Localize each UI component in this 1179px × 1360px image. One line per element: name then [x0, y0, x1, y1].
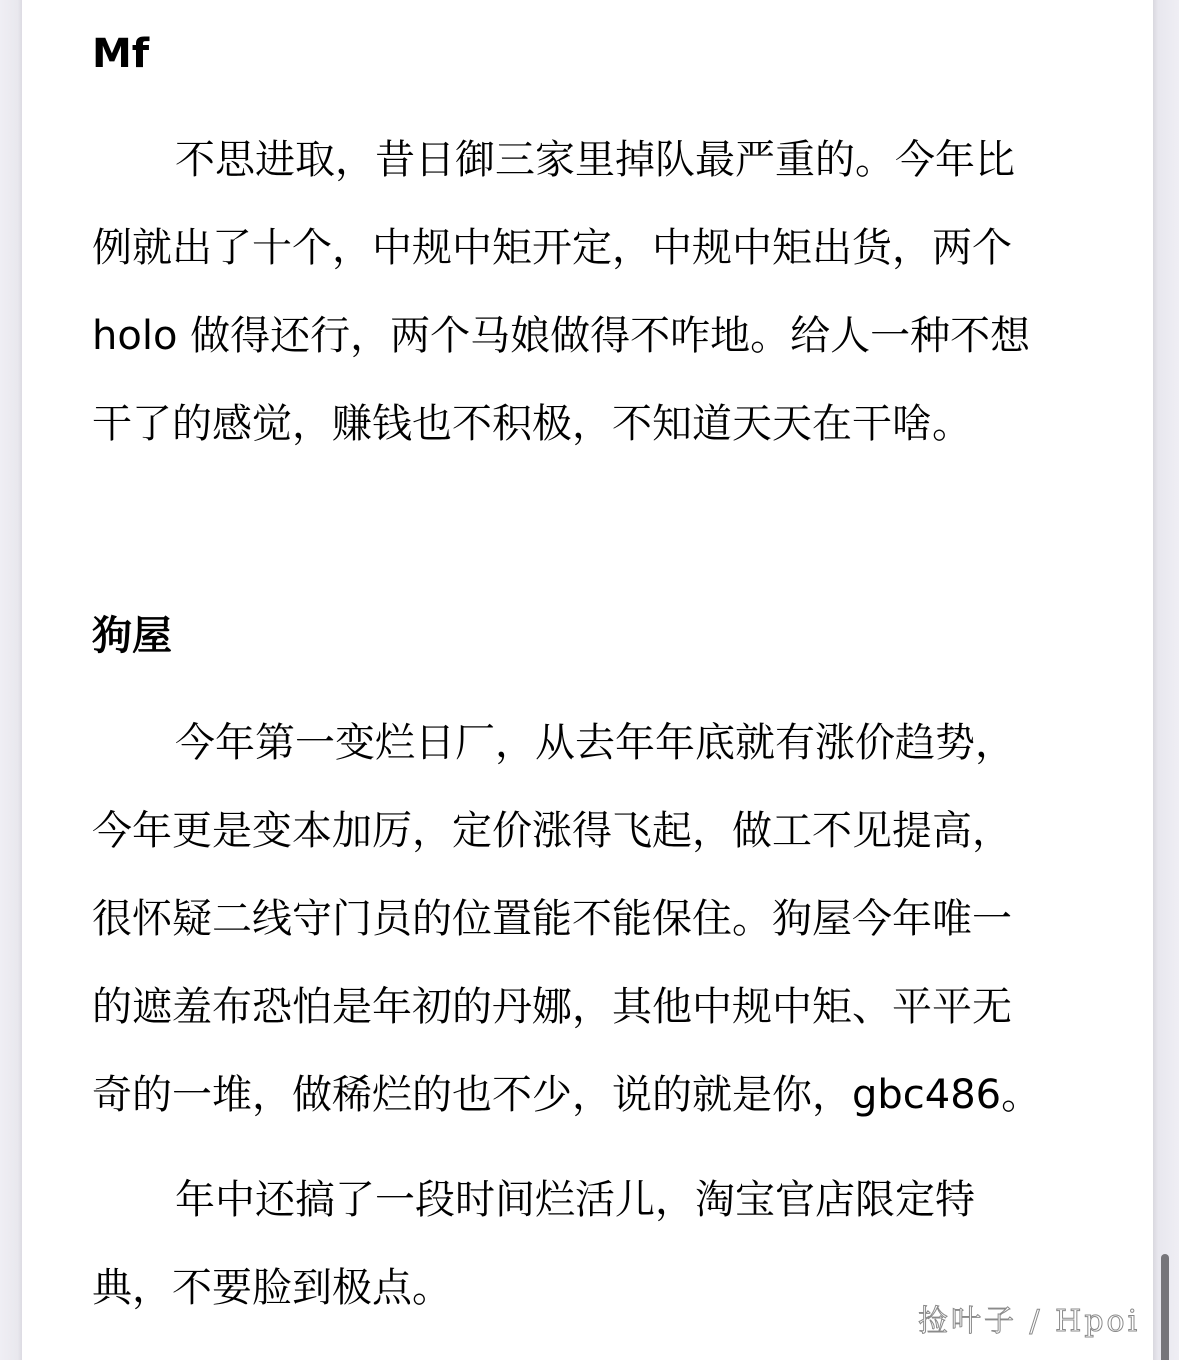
- paragraph-line: 不思进取，昔日御三家里掉队最严重的。今年比: [92, 116, 1082, 204]
- section-heading-mf: Mf: [92, 30, 149, 78]
- paragraph-line: 的遮羞布恐怕是年初的丹娜，其他中规中矩、平平无: [92, 963, 1082, 1051]
- paragraph-line: 例就出了十个，中规中矩开定，中规中矩出货，两个: [92, 204, 1082, 292]
- paragraph-line: 今年第一变烂日厂，从去年年底就有涨价趋势，: [92, 699, 1082, 787]
- paragraph-line: 奇的一堆，做稀烂的也不少，说的就是你，gbc486。: [92, 1051, 1082, 1139]
- document-page: Mf 不思进取，昔日御三家里掉队最严重的。今年比 例就出了十个，中规中矩开定，中…: [22, 0, 1153, 1360]
- right-margin: [1153, 0, 1179, 1360]
- watermark: 捡叶子 / Hpoi: [918, 1302, 1140, 1342]
- paragraph-mf-1: 不思进取，昔日御三家里掉队最严重的。今年比 例就出了十个，中规中矩开定，中规中矩…: [92, 116, 1082, 468]
- left-margin: [0, 0, 22, 1360]
- vertical-scrollbar-thumb[interactable]: [1161, 1254, 1169, 1360]
- paragraph-line: holo 做得还行，两个马娘做得不咋地。给人一种不想: [92, 292, 1082, 380]
- paragraph-line: 干了的感觉，赚钱也不积极，不知道天天在干啥。: [92, 380, 1082, 468]
- paragraph-line: 年中还搞了一段时间烂活儿，淘宝官店限定特: [92, 1156, 1082, 1244]
- paragraph-gouwu-1: 今年第一变烂日厂，从去年年底就有涨价趋势， 今年更是变本加厉，定价涨得飞起，做工…: [92, 699, 1082, 1139]
- paragraph-line: 今年更是变本加厉，定价涨得飞起，做工不见提高，: [92, 787, 1082, 875]
- paragraph-line: 很怀疑二线守门员的位置能不能保住。狗屋今年唯一: [92, 875, 1082, 963]
- section-heading-gouwu: 狗屋: [92, 612, 172, 660]
